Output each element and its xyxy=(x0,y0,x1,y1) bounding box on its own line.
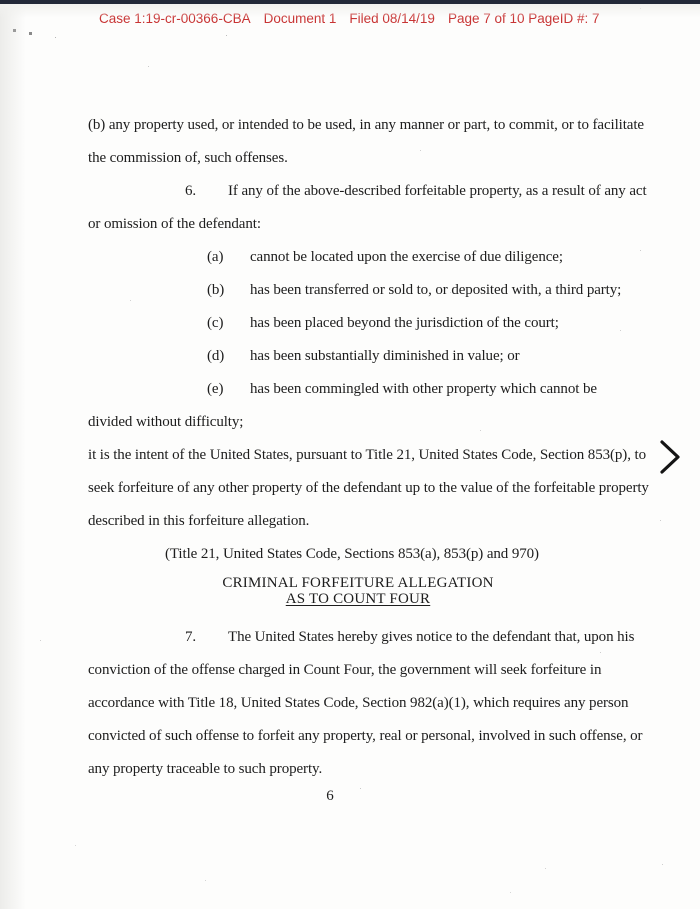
stamp-part: Page 7 of 10 PageID #: 7 xyxy=(448,10,600,27)
line-text: has been commingled with other property … xyxy=(250,381,597,397)
text-line: convicted of such offense to forfeit any… xyxy=(88,711,628,744)
text-line: or omission of the defendant: xyxy=(88,199,628,232)
text-line: the commission of, such offenses. xyxy=(88,133,628,166)
list-marker: (e) xyxy=(207,381,250,397)
line-text: CRIMINAL FORFEITURE ALLEGATION xyxy=(222,575,493,591)
line-text: If any of the above-described forfeitabl… xyxy=(228,183,647,199)
line-text: it is the intent of the United States, p… xyxy=(88,447,646,463)
line-text: accordance with Title 18, United States … xyxy=(88,695,628,711)
line-text: or omission of the defendant: xyxy=(88,216,261,232)
next-page-button[interactable] xyxy=(650,432,690,482)
list-marker: (b) xyxy=(207,282,250,298)
text-line: described in this forfeiture allegation. xyxy=(88,496,628,529)
paragraph-number: 7. xyxy=(185,629,228,645)
line-text: (Title 21, United States Code, Sections … xyxy=(165,546,539,562)
line-text: conviction of the offense charged in Cou… xyxy=(88,662,601,678)
stamp-part: Document 1 xyxy=(264,10,337,27)
text-line: (Title 21, United States Code, Sections … xyxy=(88,529,628,562)
line-text: The United States hereby gives notice to… xyxy=(228,629,634,645)
list-item: (d)has been substantially diminished in … xyxy=(88,331,628,364)
stamp-part: Case 1:19-cr-00366-CBA xyxy=(99,10,251,27)
case-stamp: Case 1:19-cr-00366-CBADocument 1Filed 08… xyxy=(99,10,600,27)
page-number: 6 xyxy=(300,788,360,805)
line-text: has been transferred or sold to, or depo… xyxy=(250,282,621,298)
document-viewer: Case 1:19-cr-00366-CBADocument 1Filed 08… xyxy=(0,0,700,909)
list-marker: (c) xyxy=(207,315,250,331)
line-text: any property traceable to such property. xyxy=(88,761,322,777)
list-item: (c)has been placed beyond the jurisdicti… xyxy=(88,298,628,331)
text-line: conviction of the offense charged in Cou… xyxy=(88,645,628,678)
text-line: it is the intent of the United States, p… xyxy=(88,430,628,463)
line-text: the commission of, such offenses. xyxy=(88,150,288,166)
line-text: described in this forfeiture allegation. xyxy=(88,513,309,529)
line-text: AS TO COUNT FOUR xyxy=(286,591,430,607)
text-line: AS TO COUNT FOUR xyxy=(88,591,628,607)
stamp-part: Filed 08/14/19 xyxy=(349,10,435,27)
text-line: CRIMINAL FORFEITURE ALLEGATION xyxy=(88,575,628,591)
text-line: any property traceable to such property. xyxy=(88,744,628,777)
text-line: accordance with Title 18, United States … xyxy=(88,678,628,711)
text-line: (b) any property used, or intended to be… xyxy=(88,100,628,133)
line-text: seek forfeiture of any other property of… xyxy=(88,480,649,496)
line-text: (b) any property used, or intended to be… xyxy=(88,117,644,133)
line-text: divided without difficulty; xyxy=(88,414,243,430)
document-lines: (b) any property used, or intended to be… xyxy=(88,100,628,777)
paragraph-number: 6. xyxy=(185,183,228,199)
line-text: has been placed beyond the jurisdiction … xyxy=(250,315,559,331)
list-item: (e)has been commingled with other proper… xyxy=(88,364,628,397)
list-marker: (d) xyxy=(207,348,250,364)
text-line: seek forfeiture of any other property of… xyxy=(88,463,628,496)
line-text: convicted of such offense to forfeit any… xyxy=(88,728,642,744)
list-item: (b)has been transferred or sold to, or d… xyxy=(88,265,628,298)
line-text: cannot be located upon the exercise of d… xyxy=(250,249,563,265)
window-top-edge xyxy=(0,0,700,4)
text-line: divided without difficulty; xyxy=(88,397,628,430)
text-line: 6.If any of the above-described forfeita… xyxy=(88,166,628,199)
chevron-right-icon xyxy=(657,437,683,477)
line-text: has been substantially diminished in val… xyxy=(250,348,520,364)
list-item: (a)cannot be located upon the exercise o… xyxy=(88,232,628,265)
text-line: 7.The United States hereby gives notice … xyxy=(88,612,628,645)
list-marker: (a) xyxy=(207,249,250,265)
